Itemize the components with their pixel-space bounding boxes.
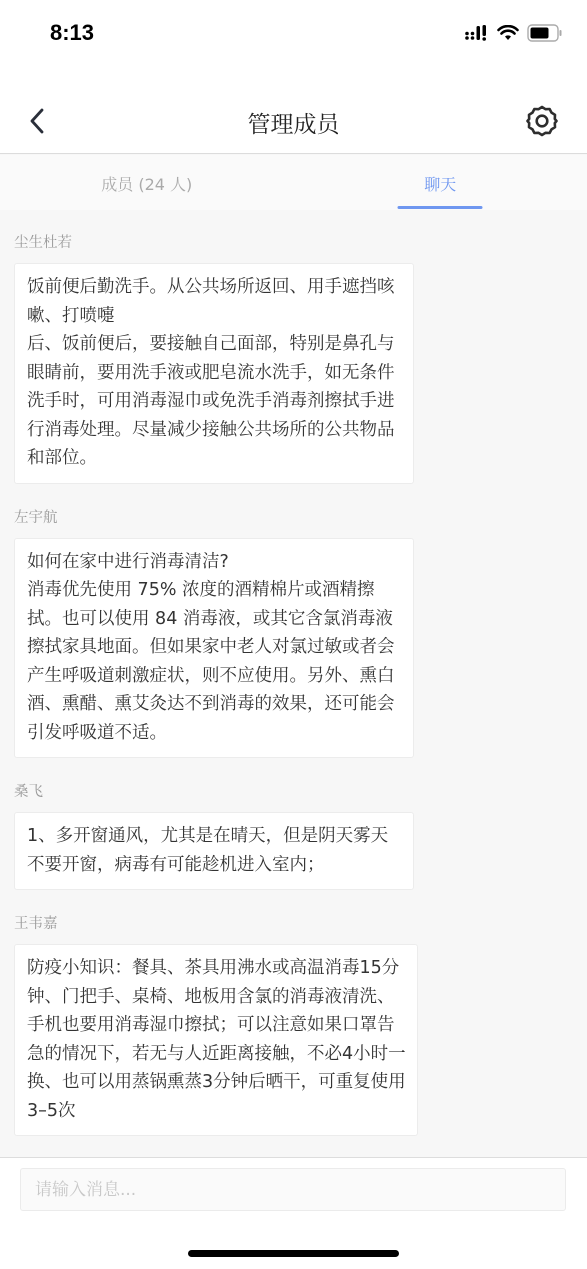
status-time: 8:13 [50,20,94,46]
tab-members[interactable]: 成员 (24 人) [0,155,294,210]
chat-message: 桑飞 1、多开窗通风，尤其是在晴天，但是阴天雾天不要开窗，病毒有可能趁机进入室内… [14,782,587,890]
message-bubble: 1、多开窗通风，尤其是在晴天，但是阴天雾天不要开窗，病毒有可能趁机进入室内； [14,812,414,890]
chat-message-list[interactable]: 尘生杜若 饭前便后勤洗手。从公共场所返回、用手遮挡咳嗽、打喷嚏 后、饭前便后，要… [0,211,587,1157]
cellular-signal-icon [465,25,489,41]
settings-button[interactable] [525,104,559,138]
message-input[interactable] [20,1168,566,1211]
message-bubble: 防疫小知识：餐具、茶具用沸水或高温消毒15分钟、门把手、桌椅、地板用含氯的消毒液… [14,944,418,1136]
home-indicator[interactable] [188,1250,399,1257]
tab-chat[interactable]: 聊天 [294,155,587,210]
chat-message: 左宇航 如何在家中进行消毒清洁? 消毒优先使用 75% 浓度的酒精棉片或酒精擦拭… [14,508,587,759]
wifi-icon [497,25,519,41]
navigation-bar: 管理成员 [0,70,587,154]
message-sender: 尘生杜若 [14,233,587,263]
status-bar: 8:13 [0,0,587,70]
chat-message: 王韦嘉 防疫小知识：餐具、茶具用沸水或高温消毒15分钟、门把手、桌椅、地板用含氯… [14,914,587,1136]
message-sender: 左宇航 [14,508,587,538]
message-sender: 王韦嘉 [14,914,587,944]
message-sender: 桑飞 [14,782,587,812]
gear-icon [525,104,559,138]
page-title: 管理成员 [0,106,587,139]
chat-message: 尘生杜若 饭前便后勤洗手。从公共场所返回、用手遮挡咳嗽、打喷嚏 后、饭前便后，要… [14,233,587,484]
tab-bar: 成员 (24 人) 聊天 [0,155,587,210]
battery-icon [527,24,563,42]
status-icons [465,24,563,42]
message-bubble: 饭前便后勤洗手。从公共场所返回、用手遮挡咳嗽、打喷嚏 后、饭前便后，要接触自己面… [14,263,414,484]
message-bubble: 如何在家中进行消毒清洁? 消毒优先使用 75% 浓度的酒精棉片或酒精擦拭。也可以… [14,538,414,759]
